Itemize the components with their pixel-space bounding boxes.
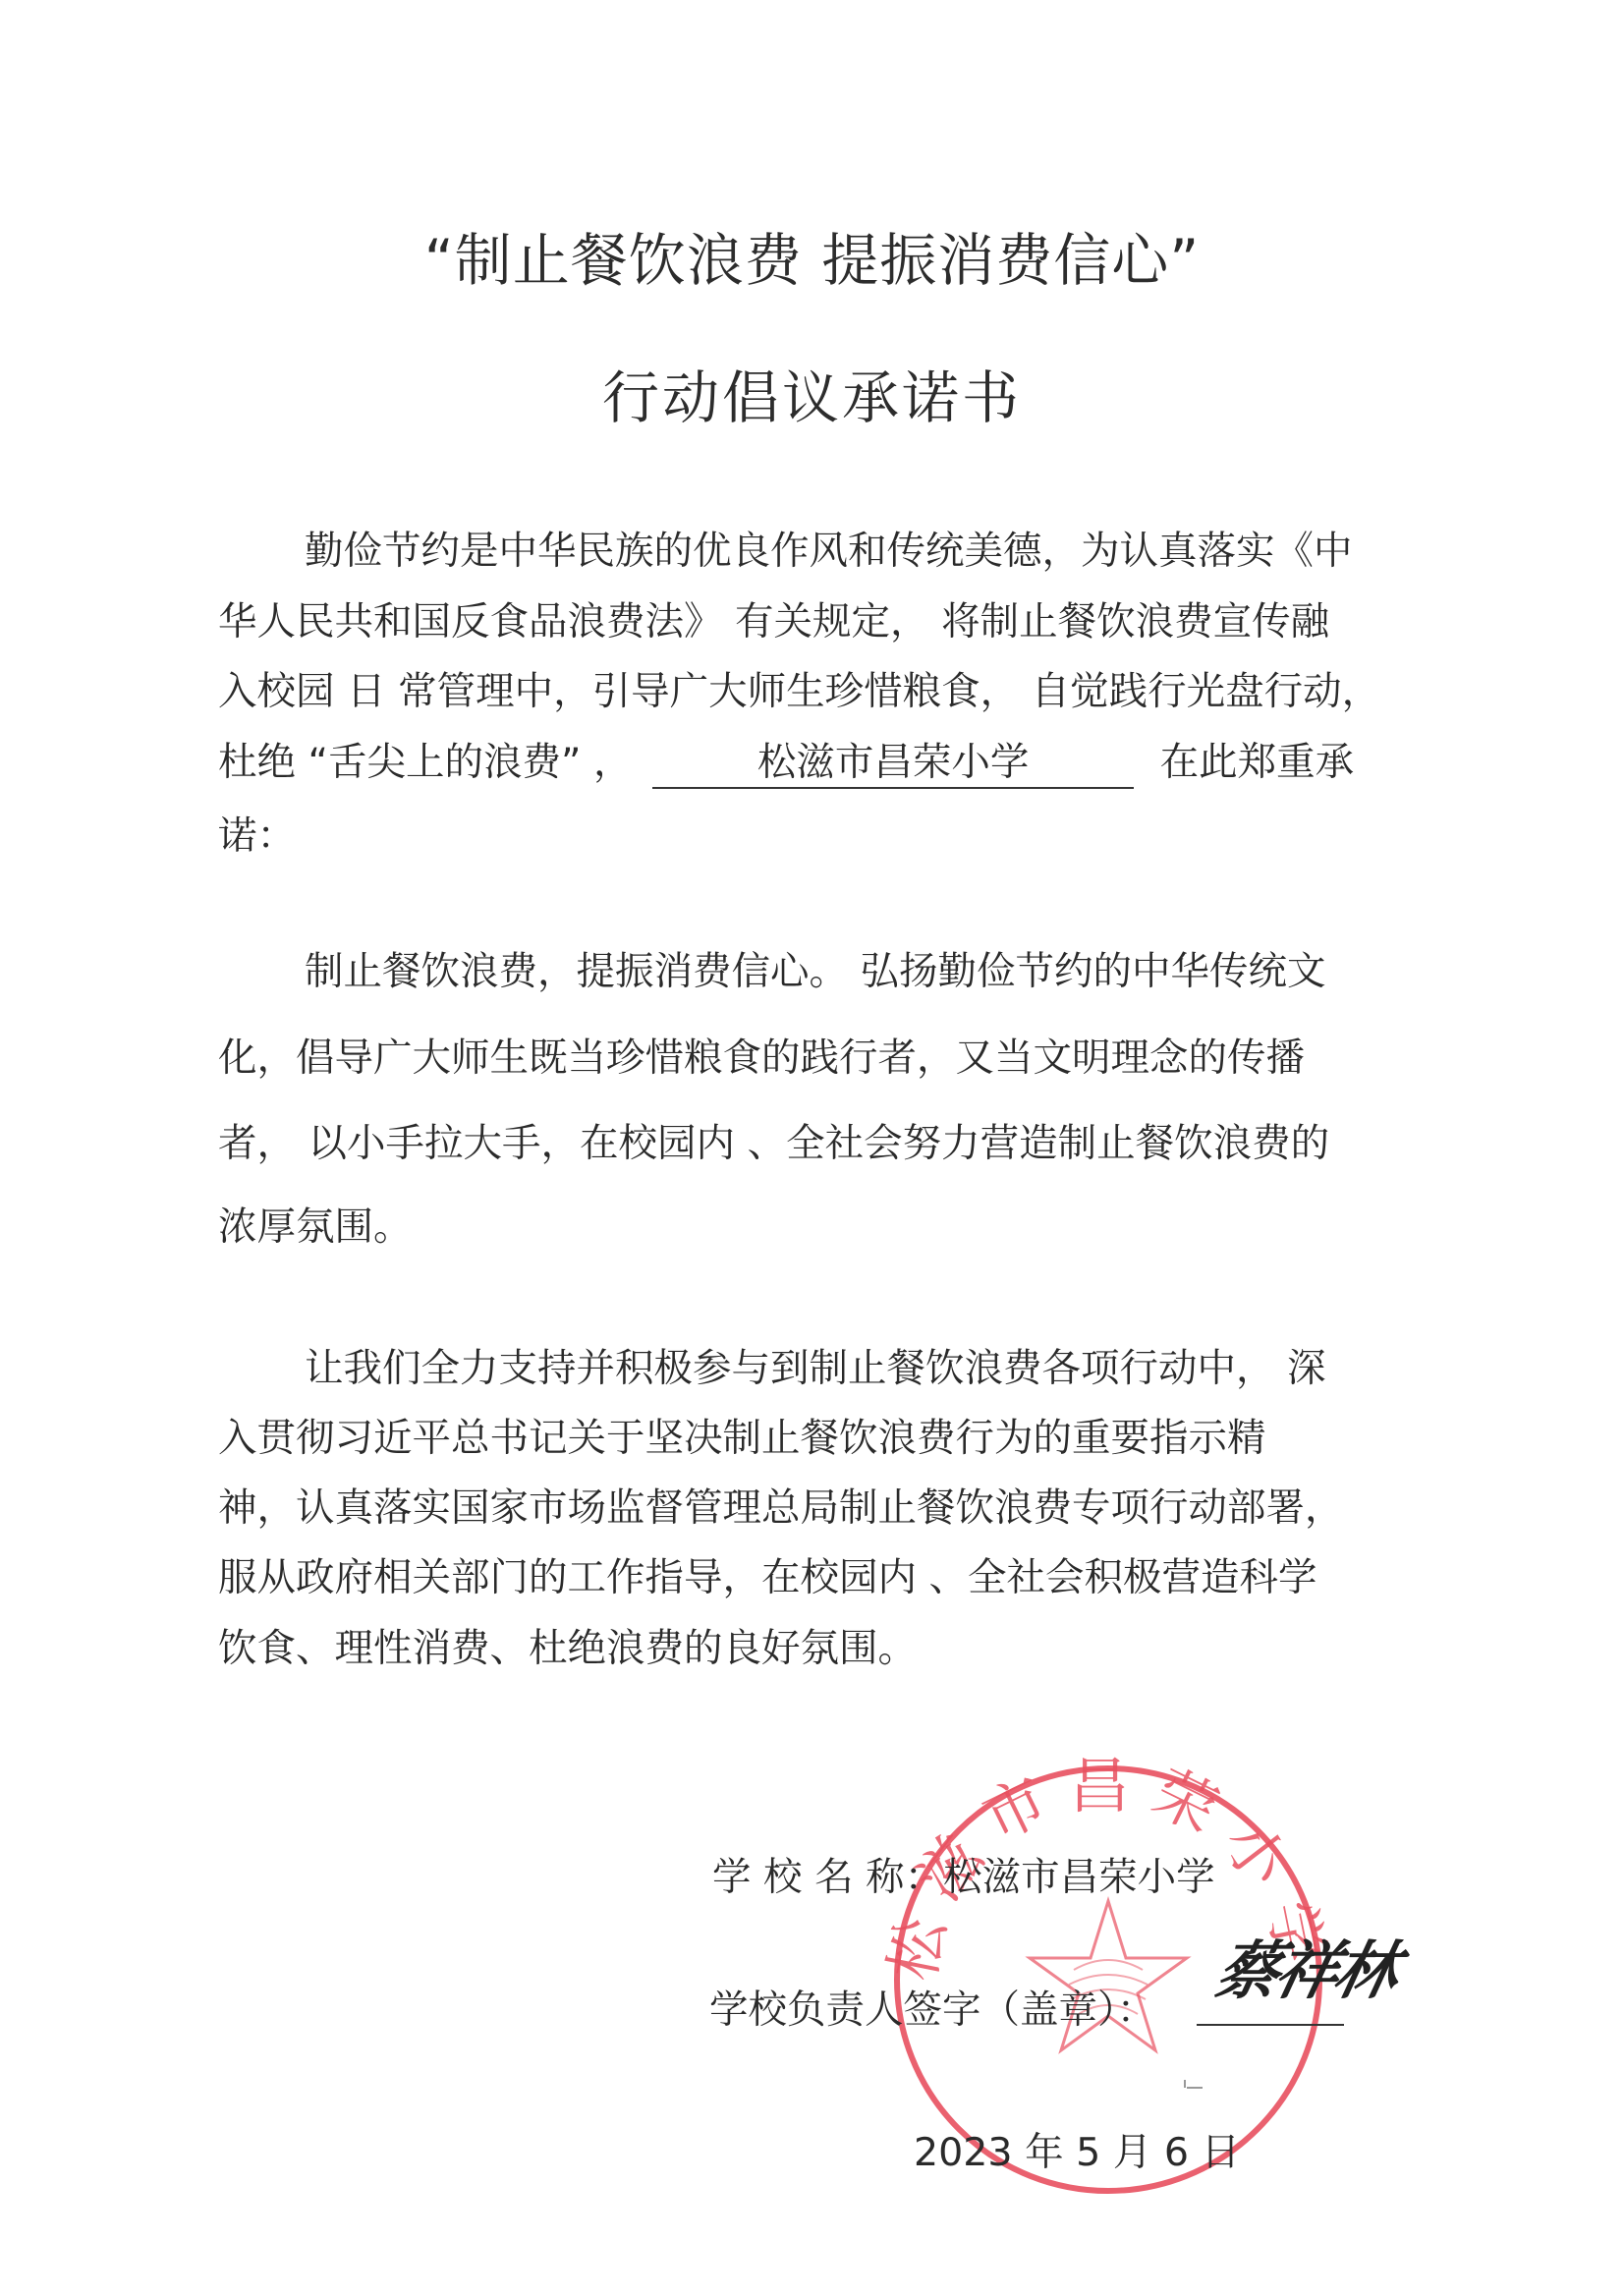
text-line: 神，认真落实国家市场监督管理总局制止餐饮浪费专项行动部署， xyxy=(218,1478,1344,1533)
document-title: “制止餐饮浪费 提振消费信心” xyxy=(0,214,1624,297)
text-fragment: 在此郑重承 xyxy=(1160,740,1355,785)
document-subtitle: 行动倡议承诺书 xyxy=(0,352,1624,434)
text-line: 者， 以小手拉大手，在校园内 、全社会努力营造制止餐饮浪费的 xyxy=(218,1113,1329,1168)
text-line: 制止餐饮浪费，提振消费信心。 弘扬勤俭节约的中华传统文 xyxy=(305,941,1326,996)
text-line: 浓厚氛围。 xyxy=(218,1197,413,1252)
principal-signature-label: 学校负责人签字（盖章）： xyxy=(709,1980,1155,2035)
text-line: 饮食、理性消费、杜绝浪费的良好氛围。 xyxy=(218,1618,917,1673)
text-line: 勤俭节约是中华民族的优良作风和传统美德，为认真落实《中 xyxy=(305,521,1353,576)
text-line-with-blank: 杜绝 “舌尖上的浪费” ， 松滋市昌荣小学 在此郑重承 xyxy=(218,732,1354,789)
school-name-label: 学 校 名 称： xyxy=(712,1855,943,1900)
text-line: 让我们全力支持并积极参与到制止餐饮浪费各项行动中， 深 xyxy=(305,1338,1326,1393)
school-name-row: 学 校 名 称：松滋市昌荣小学 xyxy=(712,1847,1215,1902)
text-fragment: 杜绝 “舌尖上的浪费” ， xyxy=(218,740,633,785)
text-line: 诺： xyxy=(218,806,296,861)
school-name-value: 松滋市昌荣小学 xyxy=(943,1855,1215,1900)
scan-artifact xyxy=(1184,2080,1186,2088)
document-date: 2023 年 5 月 6 日 xyxy=(914,2122,1240,2177)
text-line: 服从政府相关部门的工作指导，在校园内 、全社会积极营造科学 xyxy=(218,1547,1317,1602)
handwritten-signature: 蔡祥林 xyxy=(1208,1921,1405,2011)
scan-artifact xyxy=(1187,2087,1203,2089)
school-name-blank: 松滋市昌荣小学 xyxy=(652,732,1134,789)
text-line: 入贯彻习近平总书记关于坚决制止餐饮浪费行为的重要指示精 xyxy=(218,1408,1266,1463)
text-line: 化，倡导广大师生既当珍惜粮食的践行者，又当文明理念的传播 xyxy=(218,1028,1305,1083)
document-page: “制止餐饮浪费 提振消费信心” 行动倡议承诺书 勤俭节约是中华民族的优良作风和传… xyxy=(0,0,1624,2296)
text-line: 入校园 日 常管理中，引导广大师生珍惜粮食， 自觉践行光盘行动， xyxy=(218,661,1380,716)
text-line: 华人民共和国反食品浪费法》 有关规定， 将制止餐饮浪费宣传融 xyxy=(218,591,1329,646)
signature-underline xyxy=(1197,2024,1344,2026)
